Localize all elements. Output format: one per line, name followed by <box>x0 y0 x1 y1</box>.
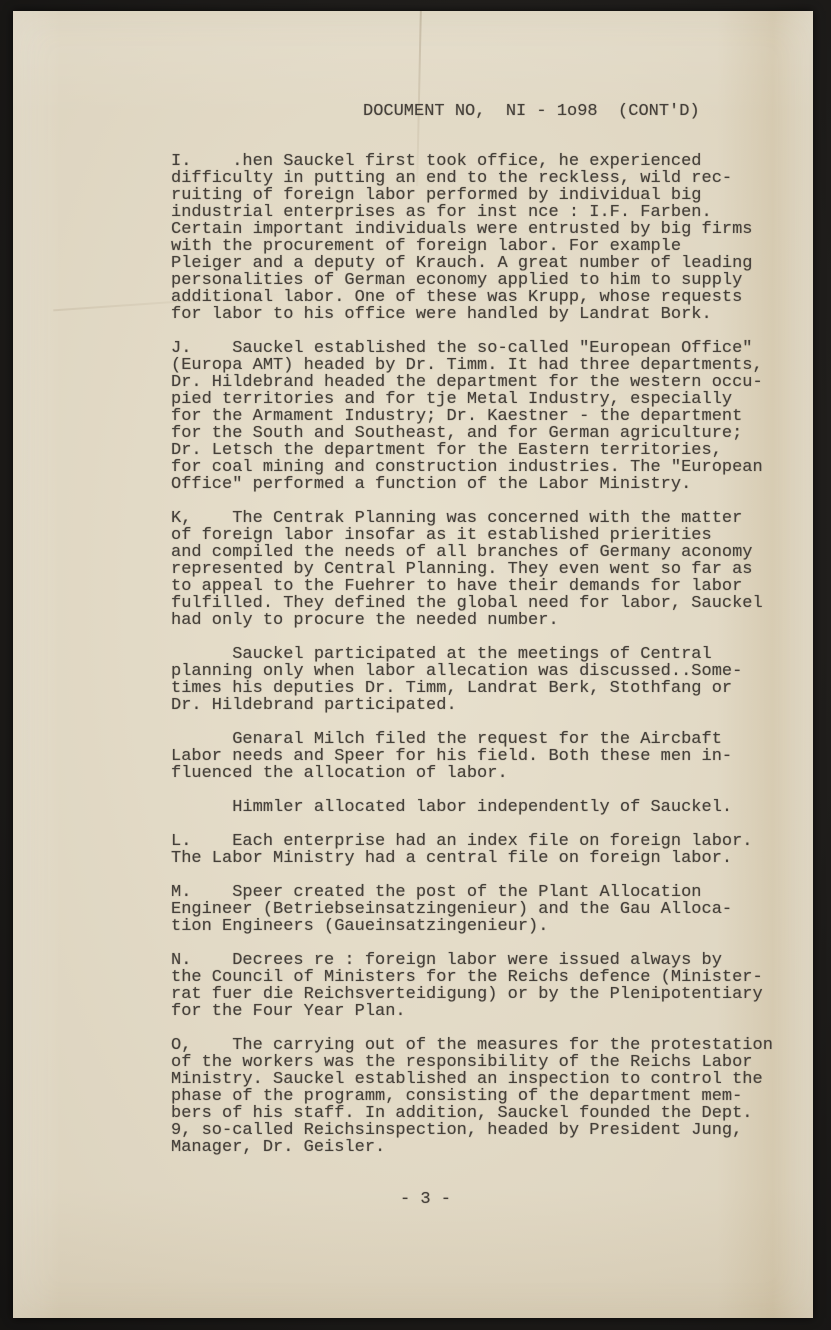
document-number-header: DOCUMENT NO, NI - 1o98 (CONT'D) <box>363 103 700 120</box>
page-number: - 3 - <box>400 1191 451 1208</box>
document-page: DOCUMENT NO, NI - 1o98 (CONT'D) I. .hen … <box>13 11 813 1318</box>
document-body: I. .hen Sauckel first took office, he ex… <box>171 153 773 1156</box>
scan-background: { "colors": { "bed": "#201e1c", "paper":… <box>0 0 831 1330</box>
